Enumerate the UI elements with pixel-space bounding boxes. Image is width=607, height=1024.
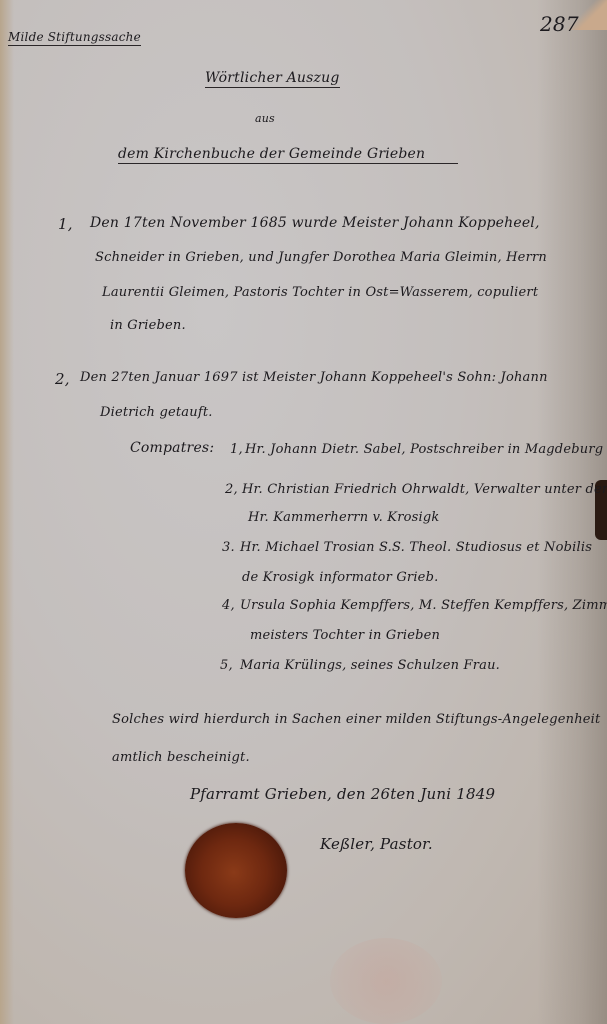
subtitle-connector: aus: [255, 112, 275, 125]
entry-line: in Grieben.: [110, 318, 186, 333]
certification-line: amtlich bescheinigt.: [112, 750, 250, 765]
entry-number: 2,: [55, 370, 70, 388]
compatres-number: 1,: [230, 442, 243, 457]
page-number: 287: [540, 12, 579, 36]
compatres-line: meisters Tochter in Grieben: [250, 628, 440, 643]
signature: Keßler, Pastor.: [320, 835, 433, 853]
entry-line: Laurentii Gleimen, Pastoris Tochter in O…: [102, 285, 538, 300]
document-subtitle: dem Kirchenbuche der Gemeinde Grieben: [118, 146, 458, 164]
compatres-line: Ursula Sophia Kempffers, M. Steffen Kemp…: [240, 598, 607, 613]
page-left-edge: [0, 0, 14, 1024]
margin-note: Milde Stiftungssache: [8, 30, 141, 46]
compatres-line: de Krosigk informator Grieb.: [242, 570, 438, 585]
compatres-line: Hr. Kammerherrn v. Krosigk: [248, 510, 439, 525]
entry-line: Den 27ten Januar 1697 ist Meister Johann…: [80, 370, 548, 385]
entry-line: Den 17ten November 1685 wurde Meister Jo…: [90, 215, 540, 231]
compatres-number: 4,: [222, 598, 235, 613]
compatres-number: 5,: [220, 658, 233, 673]
entry-line: Dietrich getauft.: [100, 405, 213, 420]
compatres-line: Hr. Johann Dietr. Sabel, Postschreiber i…: [245, 442, 603, 457]
certification-line: Solches wird hierdurch in Sachen einer m…: [112, 712, 600, 727]
seal-stain: [330, 938, 442, 1024]
compatres-line: Maria Krülings, seines Schulzen Frau.: [240, 658, 500, 673]
wax-seal: [185, 823, 287, 918]
entry-number: 1,: [58, 215, 73, 233]
document-page: Milde Stiftungssache 287 Wörtlicher Ausz…: [0, 0, 607, 1024]
compatres-line: Hr. Michael Trosian S.S. Theol. Studiosu…: [240, 540, 592, 555]
place-date: Pfarramt Grieben, den 26ten Juni 1849: [190, 785, 495, 803]
compatres-line: Hr. Christian Friedrich Ohrwaldt, Verwal…: [242, 482, 607, 497]
entry-line: Schneider in Grieben, und Jungfer Doroth…: [95, 250, 547, 265]
compatres-number: 3.: [222, 540, 235, 555]
document-title: Wörtlicher Auszug: [205, 70, 340, 88]
compatres-label: Compatres:: [130, 440, 214, 456]
compatres-number: 2,: [225, 482, 238, 497]
